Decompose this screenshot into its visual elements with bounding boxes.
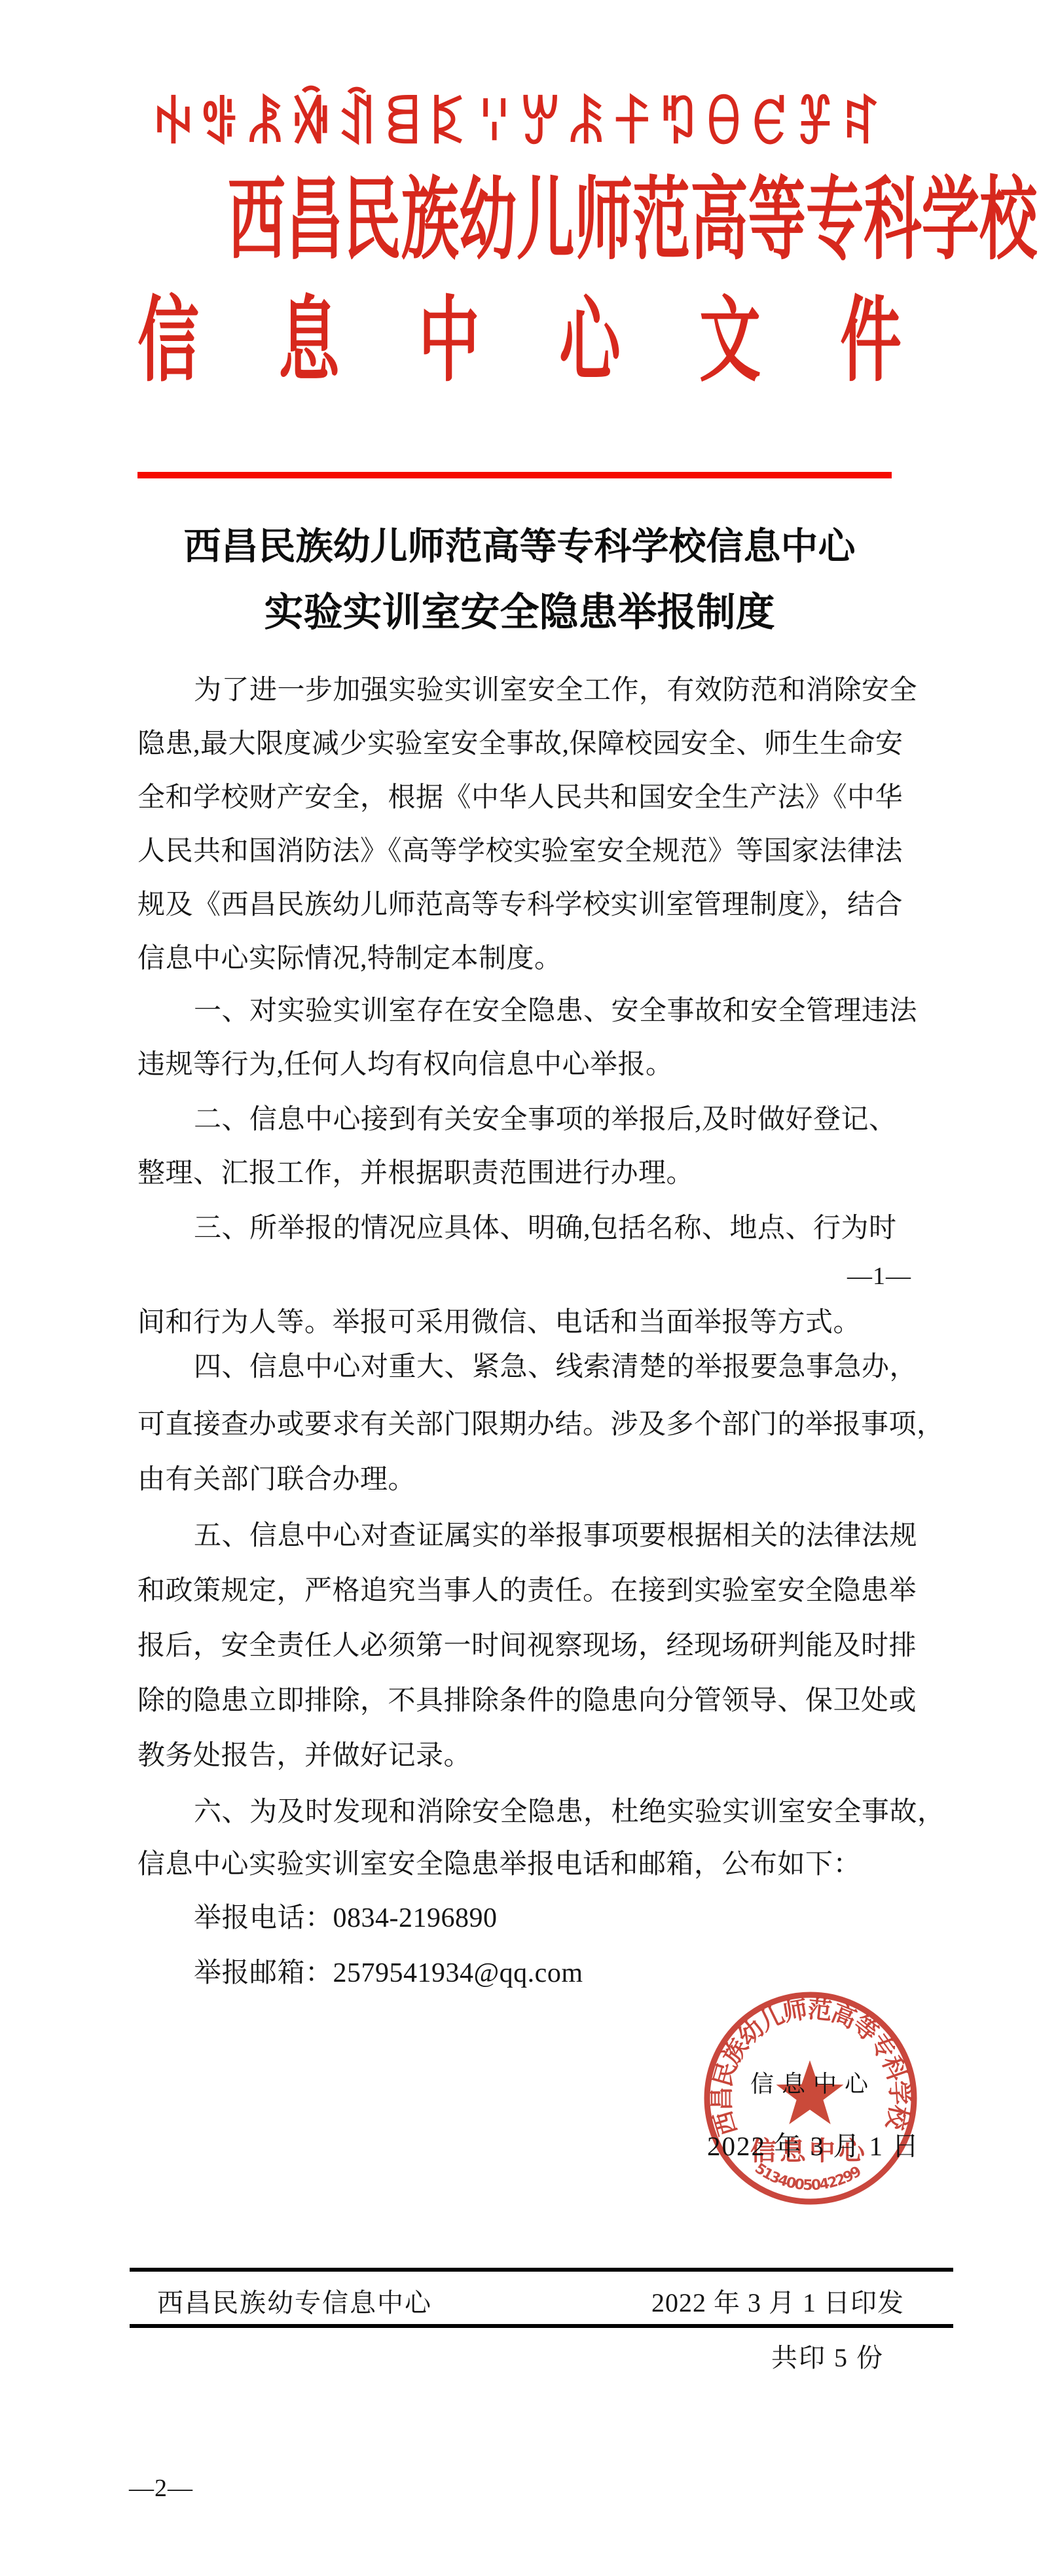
body-line: 可直接查办或要求有关部门限期办结。涉及多个部门的举报事项， — [137, 1408, 989, 1441]
body-line: 报后，安全责任人必须第一时间视察现场，经现场研判能及时排 — [137, 1630, 989, 1662]
doc-type-char: 心 — [559, 292, 621, 389]
document-page: ꑭꍿꂿꋅꀉꁌꌅꈌꏮꄯꊰꑳꆪꑿꐞꉜ 西昌民族幼儿师范高等专科学校 信息中心文件 西… — [0, 0, 1039, 2576]
body-line: 和政策规定，严格追究当事人的责任。在接到实验室安全隐患举 — [137, 1575, 989, 1607]
doc-type-char: 信 — [137, 292, 199, 389]
school-name-header: 西昌民族幼儿师范高等专科学校 — [0, 173, 1039, 268]
body-line: 整理、汇报工作，并根据职责范围进行办理。 — [137, 1157, 989, 1190]
school-name-text: 西昌民族幼儿师范高等专科学校 — [228, 173, 1037, 268]
page-number-2: —2— — [129, 2474, 193, 2503]
doc-type-char: 文 — [700, 292, 761, 389]
doc-title-line2: 实验实训室安全隐患举报制度 — [0, 592, 1039, 633]
signature-date: 2022 年 3 月 1 日 — [707, 2124, 920, 2163]
body-line: 六、为及时发现和消除安全隐患，杜绝实验实训室安全事故， — [137, 1796, 989, 1829]
body-line: 为了进一步加强实验实训室安全工作，有效防范和消除安全 — [137, 674, 989, 707]
body-line: 违规等行为,任何人均有权向信息中心举报。 — [137, 1048, 989, 1081]
body-line: 三、所举报的情况应具体、明确,包括名称、地点、行为时 — [137, 1212, 989, 1245]
body-line: 信息中心实验实训室安全隐患举报电话和邮箱，公布如下： — [137, 1848, 989, 1881]
body-line: 间和行为人等。举报可采用微信、电话和当面举报等方式。 — [137, 1306, 989, 1339]
body-line: 由有关部门联合办理。 — [137, 1463, 989, 1496]
doc-type-char: 中 — [418, 292, 480, 389]
body-line: 二、信息中心接到有关安全事项的举报后,及时做好登记、 — [137, 1103, 989, 1136]
body-line: 规及《西昌民族幼儿师范高等专科学校实训室管理制度》，结合 — [137, 889, 989, 921]
body-line: 全和学校财产安全，根据《中华人民共和国安全生产法》《中华 — [137, 781, 989, 814]
footer-rule-bottom — [130, 2324, 953, 2328]
body-line: 教务处报告，并做好记录。 — [137, 1740, 989, 1772]
doc-type-char: 息 — [278, 292, 340, 389]
doc-type-char: 件 — [840, 292, 902, 389]
doc-type-line: 信息中心文件 — [122, 292, 917, 389]
doc-title-line1: 西昌民族幼儿师范高等专科学校信息中心 — [0, 528, 1039, 567]
footer-copies-count: 共印 5 份 — [771, 2337, 884, 2374]
yi-script-line: ꑭꍿꂿꋅꀉꁌꌅꈌꏮꄯꊰꑳꆪꑿꐞꉜ — [0, 96, 1039, 154]
body-line: 四、信息中心对重大、紧急、线索清楚的举报要急事急办， — [137, 1351, 989, 1384]
body-line: 隐患,最大限度减少实验室安全事故,保障校园安全、师生生命安 — [137, 728, 989, 760]
report-phone-line: 举报电话：0834-2196890 — [137, 1902, 989, 1935]
page-number-1: —1— — [847, 1262, 911, 1291]
red-divider-rule — [137, 472, 892, 478]
body-line: 信息中心实际情况,特制定本制度。 — [137, 942, 989, 975]
official-seal: 西昌民族幼儿师范高等专科学校 5134005042299 信息中心 — [693, 1978, 936, 2221]
signature-department: 信息中心 — [750, 2066, 876, 2099]
body-line: 除的隐患立即排除，不具排除条件的隐患向分管领导、保卫处或 — [137, 1685, 989, 1717]
footer-print-date: 2022 年 3 月 1 日印发 — [651, 2282, 904, 2319]
footer-rule-top — [130, 2268, 953, 2272]
body-line: 五、信息中心对查证属实的举报事项要根据相关的法律法规 — [137, 1520, 989, 1552]
body-line: 人民共和国消防法》《高等学校实验室安全规范》等国家法律法 — [137, 835, 989, 868]
body-line: 一、对实验实训室存在安全隐患、安全事故和安全管理违法 — [137, 995, 989, 1028]
footer-issuer: 西昌民族幼专信息中心 — [157, 2282, 432, 2319]
